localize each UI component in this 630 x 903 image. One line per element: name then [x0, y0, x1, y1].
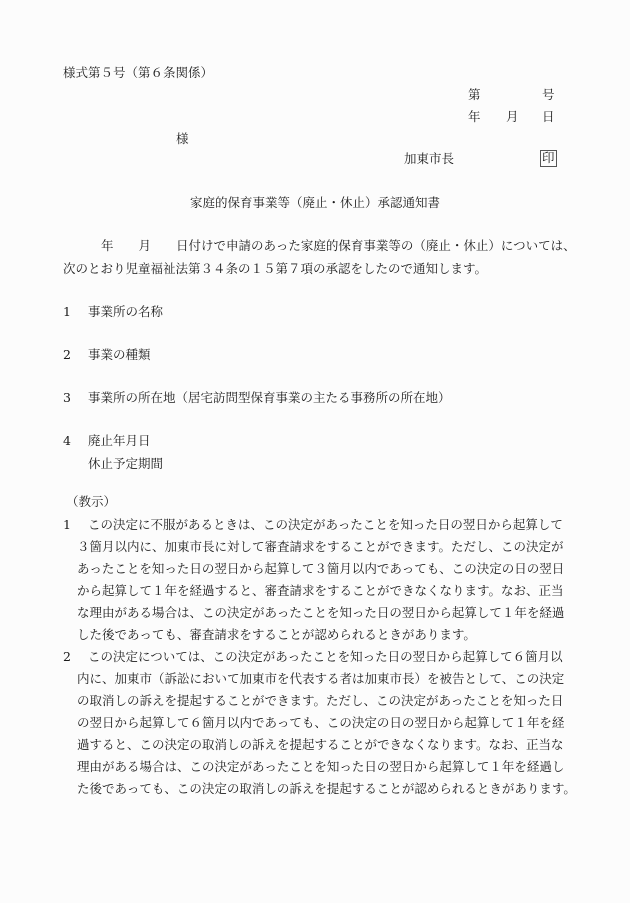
- date-year-label: 年: [468, 111, 481, 124]
- document-title: 家庭的保育事業等（廃止・休止）承認通知書: [0, 197, 630, 210]
- instruction-line: あったことを知った日の翌日から起算して３箇月以内であっても、この決定の日の翌日: [63, 558, 563, 580]
- instruction-line: の取消しの訴えを提起することができます。ただし、この決定があったことを知った日: [63, 690, 563, 712]
- item-label: 事業所の所在地（居宅訪問型保育事業の主たる事務所の所在地）: [88, 390, 451, 405]
- instruction-2: 2この決定については、この決定があったことを知った日の翌日から起算して６箇月以 …: [63, 646, 563, 800]
- item-number: 1: [63, 306, 88, 319]
- instruction-line: 1この決定に不服があるときは、この決定があったことを知った日の翌日から起算して: [63, 514, 563, 536]
- instruction-line: 内に、加東市（訴訟において加東市を代表する者は加東市長）を被告として、この決定: [63, 668, 563, 690]
- addressee-suffix: 様: [176, 133, 189, 146]
- instruction-number: 1: [63, 514, 88, 536]
- item-label: 事業の種類: [88, 347, 151, 362]
- instruction-line: 理由がある場合は、この決定があったことを知った日の翌日から起算して１年を経過し: [63, 756, 563, 778]
- instruction-line: な理由がある場合は、この決定があったことを知った日の翌日から起算して１年を経過: [63, 602, 563, 624]
- date-month-label: 月: [506, 111, 519, 124]
- item-label: 事業所の名称: [88, 304, 163, 319]
- intro-line-1: 年月日付けで申請のあった家庭的保育事業等の（廃止・休止）については、: [63, 240, 576, 253]
- seal-mark: 印: [540, 150, 557, 167]
- instruction-line: 過すると、この決定の取消しの訴えを提起することができなくなります。なお、正当な: [63, 734, 563, 756]
- item-facility-location: 3事業所の所在地（居宅訪問型保育事業の主たる事務所の所在地）: [63, 392, 451, 405]
- item-closure-date: 4廃止年月日: [63, 435, 151, 448]
- item-number: 2: [63, 349, 88, 362]
- item-number: 3: [63, 392, 88, 405]
- issuer-name: 加東市長: [404, 153, 454, 166]
- instruction-line: の翌日から起算して６箇月以内であっても、この決定の日の翌日から起算して１年を経: [63, 712, 563, 734]
- instruction-line: 2この決定については、この決定があったことを知った日の翌日から起算して６箇月以: [63, 646, 563, 668]
- item-facility-name: 1事業所の名称: [63, 306, 163, 319]
- instruction-line: から起算して１年を経過すると、審査請求をすることができなくなります。なお、正当: [63, 580, 563, 602]
- reference-number-prefix: 第: [468, 89, 481, 102]
- item-business-type: 2事業の種類: [63, 349, 151, 362]
- form-number: 様式第５号（第６条関係）: [63, 67, 213, 80]
- intro-year-label: 年: [101, 238, 114, 253]
- date-day-label: 日: [542, 111, 555, 124]
- reference-number-suffix: 号: [542, 89, 555, 102]
- item-label: 廃止年月日: [88, 433, 151, 448]
- instruction-line: した後であっても、審査請求をすることが認められるときがあります。: [63, 624, 563, 646]
- intro-month-label: 月: [139, 238, 152, 253]
- item-suspension-period: 休止予定期間: [88, 458, 163, 471]
- instruction-number: 2: [63, 646, 88, 668]
- instruction-1: 1この決定に不服があるときは、この決定があったことを知った日の翌日から起算して …: [63, 514, 563, 646]
- item-number: 4: [63, 435, 88, 448]
- instruction-line: た後であっても、この決定の取消しの訴えを提起することが認められるときがあります。: [63, 778, 563, 800]
- intro-text: 日付けで申請のあった家庭的保育事業等の（廃止・休止）については、: [176, 238, 576, 253]
- instruction-heading: （教示）: [66, 496, 116, 509]
- instruction-line: ３箇月以内に、加東市長に対して審査請求をすることができます。ただし、この決定が: [63, 536, 563, 558]
- intro-line-2: 次のとおり児童福祉法第３４条の１５第７項の承認をしたので通知します。: [63, 263, 487, 276]
